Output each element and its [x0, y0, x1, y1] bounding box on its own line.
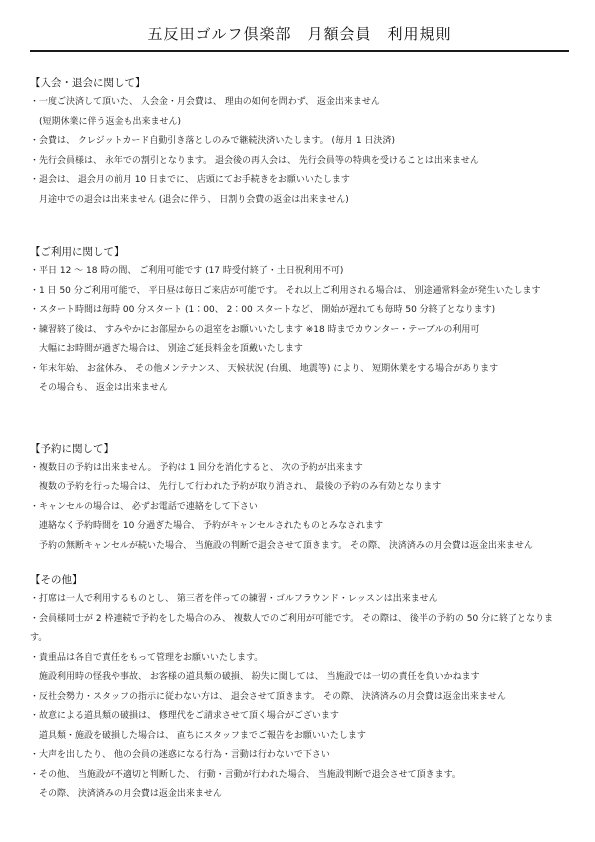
bullet-line: ・会員様同士が 2 枠連続で予約をした場合のみ、 複数人でのご利用が可能です。 … — [30, 610, 569, 649]
continuation-line: 月途中での退会は出来ません (退会に伴う、 日割り会費の返金は出来ません) — [30, 191, 569, 211]
bullet-line: ・退会は、 退会月の前月 10 日までに、 店頭にてお手続きをお願いいたします — [30, 171, 569, 191]
rules-section: 【その他】・打席は一人で利用するものとし、 第三者を伴っての練習・ゴルフラウンド… — [30, 570, 569, 805]
continuation-line: その場合も、 返金は出来ません — [30, 379, 569, 399]
rules-section: 【予約に関して】・複数日の予約は出来ません。 予約は 1 回分を消化すると、 次… — [30, 439, 569, 557]
bullet-line: ・キャンセルの場合は、 必ずお電話で連絡をして下さい — [30, 498, 569, 518]
bullet-line: ・故意による道具類の破損は、 修理代をご請求させて頂く場合がございます — [30, 707, 569, 727]
continuation-line: その際、 決済済みの月会費は返金出来ません — [30, 785, 569, 805]
bullet-line: ・その他、 当施設が不適切と判断した、 行動・言動が行われた場合、 当施設判断で… — [30, 766, 569, 786]
bullet-line: ・複数日の予約は出来ません。 予約は 1 回分を消化すると、 次の予約が出来ます — [30, 459, 569, 479]
bullet-line: ・大声を出したり、 他の会員の迷惑になる行為・言動は行わないで下さい — [30, 746, 569, 766]
bullet-line: ・反社会勢力・スタッフの指示に従わない方は、 退会させて頂きます。 その際、 決… — [30, 688, 569, 708]
rules-section: 【入会・退会に関して】・一度ご決済して頂いた、 入会金・月会費は、 理由の如何を… — [30, 73, 569, 210]
bullet-line: ・貴重品は各自で責任をもって管理をお願いいたします。 — [30, 649, 569, 669]
continuation-line: 複数の予約を行った場合は、 先行して行われた予約が取り消され、 最後の予約のみ有… — [30, 478, 569, 498]
section-heading: 【ご利用に関して】 — [30, 242, 569, 262]
section-heading: 【その他】 — [30, 570, 569, 590]
sections-container: 【入会・退会に関して】・一度ご決済して頂いた、 入会金・月会費は、 理由の如何を… — [30, 73, 569, 805]
title-underline — [30, 50, 569, 52]
continuation-line: 連絡なく予約時間を 10 分過ぎた場合、 予約がキャンセルされたものとみなされま… — [30, 517, 569, 537]
bullet-line: ・先行会員様は、 永年での割引となります。 退会後の再入会は、 先行会員等の特典… — [30, 152, 569, 172]
document-page: 五反田ゴルフ倶楽部 月額会員 利用規則 【入会・退会に関して】・一度ご決済して頂… — [0, 0, 595, 842]
bullet-line: ・会費は、 クレジットカード自動引き落としのみで継続決済いたします。 (毎月 1… — [30, 132, 569, 152]
bullet-line: ・一度ご決済して頂いた、 入会金・月会費は、 理由の如何を問わず、 返金出来ませ… — [30, 93, 569, 113]
section-heading: 【入会・退会に関して】 — [30, 73, 569, 93]
bullet-line: ・平日 12 ～ 18 時の間、 ご利用可能です (17 時受付終了・土日祝利用… — [30, 262, 569, 282]
continuation-line: 予約の無断キャンセルが続いた場合、 当施設の判断で退会させて頂きます。 その際、… — [30, 537, 569, 557]
section-heading: 【予約に関して】 — [30, 439, 569, 459]
continuation-line: (短期休業に伴う返金も出来ません) — [30, 113, 569, 133]
continuation-line: 施設利用時の怪我や事故、 お客様の道具類の破損、 紛失に関しては、 当施設では一… — [30, 668, 569, 688]
bullet-line: ・スタート時間は毎時 00 分スタート (1：00、 2：00 スタートなど、 … — [30, 301, 569, 321]
bullet-line: ・1 日 50 分ご利用可能で、 平日昼は毎日ご来店が可能です。 それ以上ご利用… — [30, 282, 569, 302]
bullet-line: ・年末年始、 お盆休み、 その他メンテナンス、 天候状況 (台風、 地震等) に… — [30, 360, 569, 380]
rules-section: 【ご利用に関して】・平日 12 ～ 18 時の間、 ご利用可能です (17 時受… — [30, 242, 569, 399]
bullet-line: ・打席は一人で利用するものとし、 第三者を伴っての練習・ゴルフラウンド・レッスン… — [30, 590, 569, 610]
page-title: 五反田ゴルフ倶楽部 月額会員 利用規則 — [30, 24, 569, 44]
bullet-line: ・練習終了後は、 すみやかにお部屋からの退室をお願いいたします ※18 時までカ… — [30, 321, 569, 341]
continuation-line: 道具類・施設を破損した場合は、 直ちにスタッフまでご報告をお願いいたします — [30, 727, 569, 747]
continuation-line: 大幅にお時間が過ぎた場合は、 別途ご延長料金を頂戴いたします — [30, 340, 569, 360]
